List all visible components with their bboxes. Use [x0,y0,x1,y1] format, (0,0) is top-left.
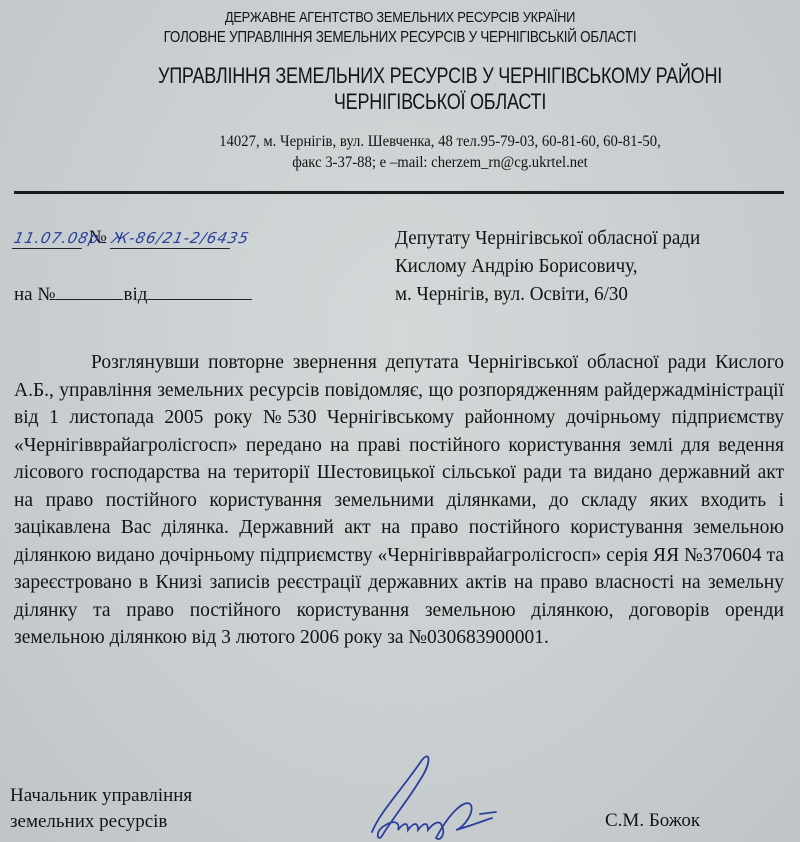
handwritten-signature-icon [360,752,520,842]
reply-date-blank [147,281,252,300]
header-divider [14,191,784,194]
addressee-position: Депутату Чернігівської обласної ради [395,224,700,252]
reply-number-blank [55,281,123,300]
reply-prefix: на № [14,284,55,305]
main-department-name: ГОЛОВНЕ УПРАВЛІННЯ ЗЕМЕЛЬНИХ РЕСУРСІВ У … [64,28,736,48]
handwritten-date: 11.07.08р. [12,228,86,249]
signer-title-line2: земельних ресурсів [10,809,192,835]
addressee-address: м. Чернігів, вул. Освіти, 6/30 [395,280,700,308]
contact-address: 14027, м. Чернігів, вул. Шевченка, 48 те… [72,131,800,152]
outgoing-reference: 11.07.08р. № Ж-86/21-2/6435 [14,226,232,250]
letter-body: Розглянувши повторне звернення депутата … [14,349,784,652]
signer-title-line1: Начальник управління [10,783,192,809]
addressee-block: Депутату Чернігівської обласної ради Кис… [395,224,716,308]
handwritten-number: Ж-86/21-2/6435 [109,228,233,249]
office-name: УПРАВЛІННЯ ЗЕМЕЛЬНИХ РЕСУРСІВ У ЧЕРНІГІВ… [112,62,768,90]
signer-name: С.М. Божок [605,808,700,834]
reply-from-label: від [123,284,147,305]
contact-fax-email: факс 3-37-88; е –mail: cherzem_rn@cg.ukr… [72,152,800,173]
office-region: ЧЕРНІГІВСЬКОЇ ОБЛАСТІ [112,88,768,116]
agency-name: ДЕРЖАВНЕ АГЕНТСТВО ЗЕМЕЛЬНИХ РЕСУРСІВ УК… [56,8,744,28]
reply-reference: на №від [14,281,252,307]
body-paragraph: Розглянувши повторне звернення депутата … [14,349,784,652]
addressee-name: Кислому Андрію Борисовичу, [395,252,700,280]
signer-title: Начальник управління земельних ресурсів [10,783,192,835]
